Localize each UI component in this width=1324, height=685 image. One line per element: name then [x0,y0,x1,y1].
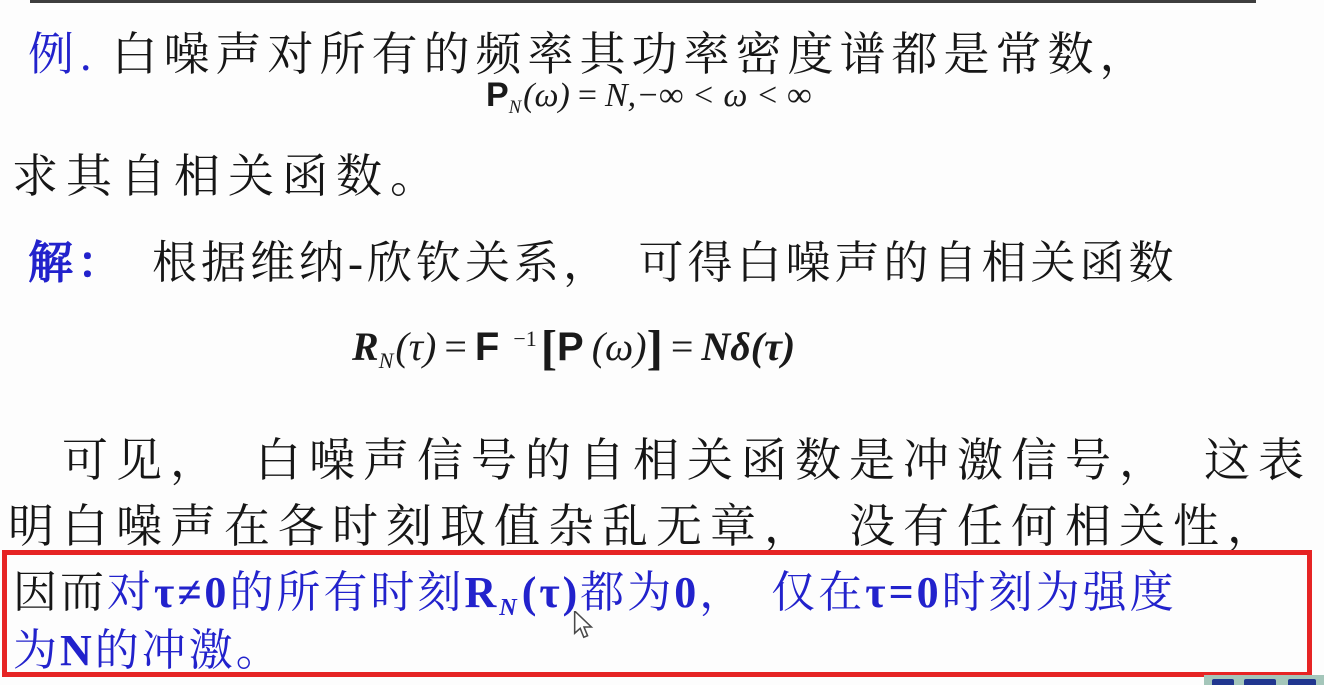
solution-line: 解：根据维纳-欣钦关系， 可得白噪声的自相关函数 [28,226,1178,291]
title-text: 白噪声对所有的频率其功率密度谱都是常数， [112,29,1152,80]
formula1-equals: = [578,77,597,114]
formula2-parg: (ω) [592,324,647,369]
top-border-line [30,0,1256,3]
formula2-P: P [557,325,584,369]
boxed-seg5: 时刻为强度 [942,568,1177,617]
psd-formula: PN(ω)=N,−∞ < ω < ∞ [486,76,812,119]
title-line: 例.白噪声对所有的频率其功率密度谱都是常数， [28,18,1152,84]
formula2-equals1: = [444,324,467,369]
formula2-result: Nδ(τ) [701,324,795,369]
watermark-logo-fragment [1204,675,1324,685]
example-label: 例. [28,29,98,80]
boxed-N: N [60,626,95,675]
boxed-tau-eq-zero: τ=0 [865,568,941,617]
formula2-arg: (τ) [395,324,436,369]
formula1-subscript: N [509,97,521,118]
boxed-R-subscript: N [499,594,519,621]
formula2-subscript: N [379,348,394,373]
boxed-line2-post: 的冲激。 [95,626,283,675]
formula1-arg: (ω) [523,77,570,114]
lecture-slide: 例.白噪声对所有的频率其功率密度谱都是常数， PN(ω)=N,−∞ < ω < … [0,0,1324,685]
paragraph-line-1: 可见， 白噪声信号的自相关函数是冲激信号， 这表 [62,424,1312,490]
highlight-box: 因而对τ≠0的所有时刻RN(τ)都为0， 仅在τ=0时刻为强度 为N的冲激。 [2,550,1312,677]
boxed-R: R [464,568,499,617]
formula2-R: R [352,324,379,369]
formula2-inverse-exponent: −1 [513,326,536,351]
boxed-seg2: 的所有时刻 [229,568,464,617]
autocorrelation-formula: RN(τ)=F−1[P(ω)]=Nδ(τ) [352,320,795,376]
boxed-tau-neq-zero: τ≠0 [154,568,229,617]
mouse-cursor-icon [572,611,594,641]
boxed-seg1: 对 [107,568,154,617]
paragraph-line-2: 明白噪声在各时刻取值杂乱无章， 没有任何相关性， [8,490,1281,556]
formula2-right-bracket: ] [647,321,663,375]
formula1-P: P [486,76,509,114]
formula2-fourier-operator: F [475,325,499,369]
formula2-left-bracket: [ [541,321,557,375]
boxed-R-arg: (τ) [522,568,581,617]
question-line: 求其自相关函数。 [12,140,444,206]
formula1-value: N, [605,77,636,114]
formula2-equals2: = [671,324,694,369]
boxed-zero: 0 [674,568,699,617]
boxed-seg3: 都为 [580,568,674,617]
boxed-seg4: ， 仅在 [699,568,865,617]
watermark-glyph [1212,679,1234,685]
formula1-constraint: −∞ < ω < ∞ [636,77,811,114]
watermark-glyph [1244,679,1276,685]
solution-label: 解： [28,238,126,288]
boxed-line2-pre: 为 [13,626,60,675]
boxed-line-1: 因而对τ≠0的所有时刻RN(τ)都为0， 仅在τ=0时刻为强度 [13,556,1177,622]
boxed-line-2: 为N的冲激。 [13,614,283,678]
boxed-prefix: 因而 [13,568,107,617]
watermark-glyph [1288,679,1316,685]
solution-text: 根据维纳-欣钦关系， 可得白噪声的自相关函数 [152,238,1178,288]
